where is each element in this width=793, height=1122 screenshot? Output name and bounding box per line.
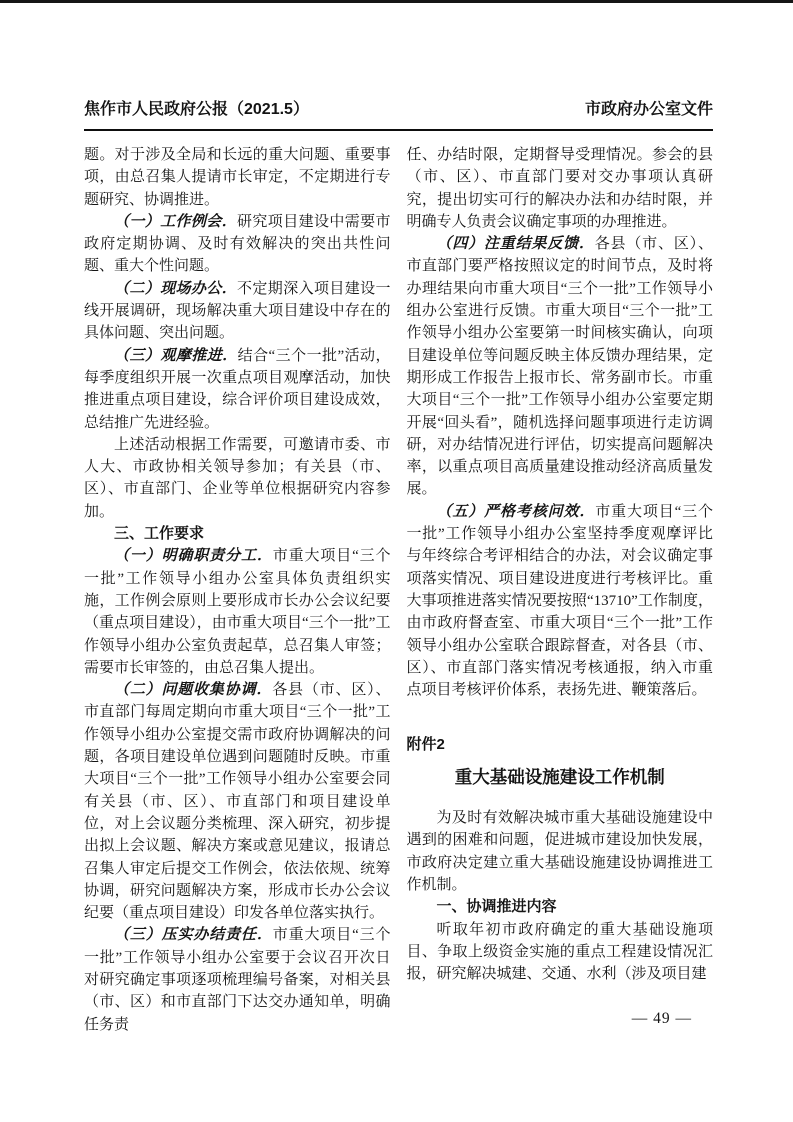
- gazette-page: 焦作市人民政府公报（2021.5） 市政府办公室文件 题。对于涉及全局和长远的重…: [84, 0, 713, 1122]
- paragraph: （五）严格考核问效．市重大项目“三个一批”工作领导小组办公室坚持季度观摩评比与年…: [407, 501, 714, 702]
- attachment-title: 重大基础设施建设工作机制: [407, 766, 714, 788]
- page-number: — 49 —: [632, 1010, 692, 1028]
- header-section-label: 市政府办公室文件: [585, 100, 713, 120]
- run-in-heading: （二）现场办公．: [114, 281, 237, 297]
- paragraph-continuation: 题。对于涉及全局和长远的重大问题、重要事项，由总召集人提请市长审定，不定期进行专…: [84, 144, 391, 211]
- run-in-heading: （三）压实办结责任．: [114, 927, 273, 943]
- run-in-heading: （四）注重结果反馈．: [437, 236, 595, 252]
- paragraph: （二）现场办公．不定期深入项目建设一线开展调研，现场解决重大项目建设中存在的具体…: [84, 278, 391, 345]
- attachment-label: 附件2: [407, 734, 714, 756]
- paragraph: （一）工作例会．研究项目建设中需要市政府定期协调、及时有效解决的突出共性问题、重…: [84, 211, 391, 278]
- two-column-body: 题。对于涉及全局和长远的重大问题、重要事项，由总召集人提请市长审定，不定期进行专…: [84, 144, 713, 1036]
- run-in-heading: （一）工作例会．: [114, 214, 237, 230]
- paragraph: （一）明确职责分工．市重大项目“三个一批”工作领导小组办公室具体负责组织实施，工…: [84, 545, 391, 679]
- header-gazette-title: 焦作市人民政府公报（2021.5）: [84, 100, 309, 120]
- paragraph: （二）问题收集协调．各县（市、区）、市直部门每周定期向市重大项目“三个一批”工作…: [84, 679, 391, 924]
- paragraph: 为及时有效解决城市重大基础设施建设中遇到的困难和问题，促进城市建设加快发展，市政…: [407, 807, 714, 896]
- run-in-heading: （二）问题收集协调．: [114, 682, 272, 698]
- run-in-heading: （五）严格考核问效．: [437, 504, 596, 520]
- run-in-heading: （三）观摩推进．: [114, 348, 238, 364]
- section-heading: 一、协调推进内容: [407, 896, 714, 918]
- paragraph: （三）压实办结责任．市重大项目“三个一批”工作领导小组办公室要于会议召开次日对研…: [84, 924, 391, 1035]
- column-right: 任、办结时限，定期督导受理情况。参会的县（市、区）、市直部门要对交办事项认真研究…: [407, 144, 714, 1036]
- paragraph-continuation: 任、办结时限，定期督导受理情况。参会的县（市、区）、市直部门要对交办事项认真研究…: [407, 144, 714, 233]
- paragraph: （三）观摩推进．结合“三个一批”活动，每季度组织开展一次重点项目观摩活动，加快推…: [84, 345, 391, 434]
- run-in-heading: （一）明确职责分工．: [114, 548, 273, 564]
- column-left: 题。对于涉及全局和长远的重大问题、重要事项，由总召集人提请市长审定，不定期进行专…: [84, 144, 391, 1036]
- paragraph: 听取年初市政府确定的重大基础设施项目、争取上级资金实施的重点工程建设情况汇报，研…: [407, 919, 714, 986]
- page-header: 焦作市人民政府公报（2021.5） 市政府办公室文件: [84, 0, 713, 131]
- section-heading: 三、工作要求: [84, 523, 391, 545]
- paragraph: （四）注重结果反馈．各县（市、区）、市直部门要严格按照议定的时间节点，及时将办理…: [407, 233, 714, 501]
- paragraph: 上述活动根据工作需要，可邀请市委、市人大、市政协相关领导参加；有关县（市、区）、…: [84, 434, 391, 523]
